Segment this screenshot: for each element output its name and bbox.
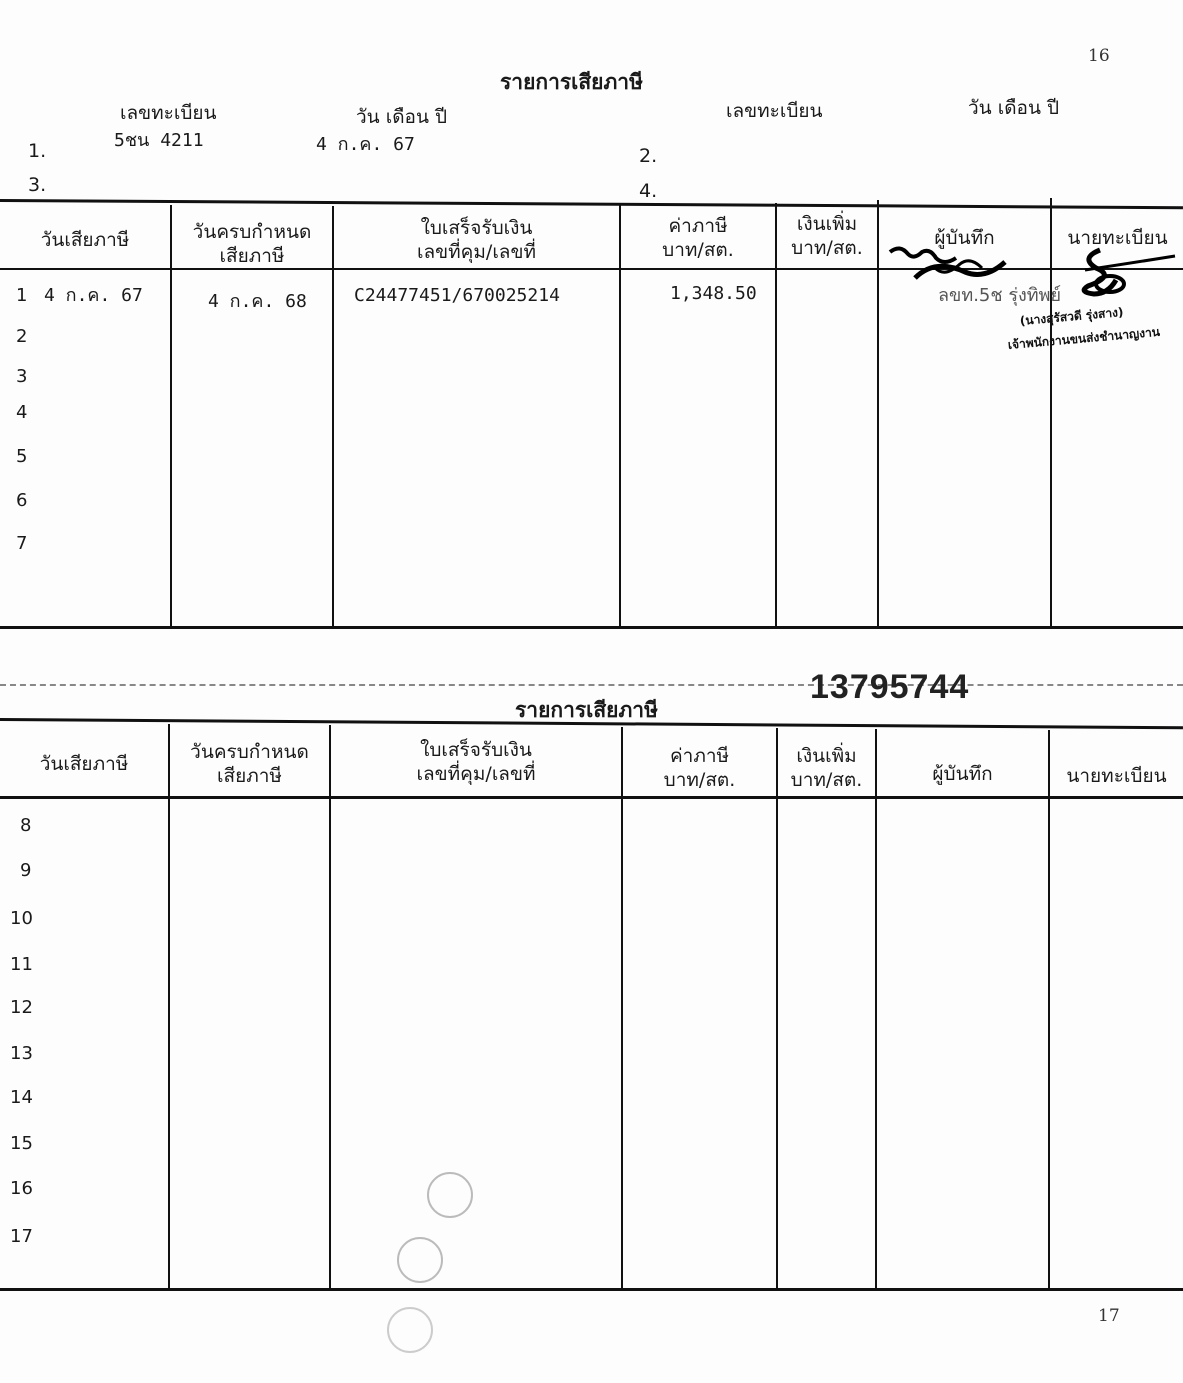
- date-value-1: 4 ก.ค. 67: [316, 129, 415, 158]
- row-number: 1: [16, 285, 27, 306]
- entry-index-3: 3.: [28, 174, 46, 196]
- table1-bottom-border: [0, 626, 1183, 629]
- row-number: 4: [16, 402, 27, 423]
- row-number: 5: [16, 446, 27, 467]
- table1-top-border: [0, 199, 1183, 209]
- page-number-bottom: 17: [1098, 1306, 1120, 1326]
- col-header-receipt: ใบเสร็จรับเงินเลขที่คุม/เลขที่: [331, 738, 621, 786]
- registration-header-left: เลขทะเบียน: [120, 98, 217, 128]
- row-number: 10: [10, 908, 33, 929]
- row-number: 17: [10, 1226, 33, 1247]
- table1-col-divider: [775, 203, 777, 627]
- col-header-pay-date: วันเสียภาษี: [0, 752, 168, 776]
- pay-date-cell: 4 ก.ค. 67: [44, 280, 143, 309]
- entry-index-2: 2.: [639, 145, 657, 167]
- table2-col-divider: [875, 729, 877, 1290]
- table1-col-divider: [877, 200, 879, 627]
- registrar-signature-icon: [1055, 240, 1180, 300]
- row-number: 3: [16, 366, 27, 387]
- serial-number: 13795744: [810, 668, 969, 707]
- date-header-right: วัน เดือน ปี: [968, 93, 1059, 123]
- row-number: 16: [10, 1178, 33, 1199]
- col-header-recorder: ผู้บันทึก: [877, 762, 1048, 786]
- row-number: 7: [16, 533, 27, 554]
- col-header-receipt: ใบเสร็จรับเงินเลขที่คุม/เลขที่: [334, 216, 619, 264]
- row-number: 6: [16, 490, 27, 511]
- row-number: 9: [20, 860, 31, 881]
- col-header-due-date: วันครบกำหนดเสียภาษี: [170, 740, 329, 788]
- entry-index-4: 4.: [639, 180, 657, 202]
- row-number: 11: [10, 954, 33, 975]
- entry-index-1: 1.: [28, 140, 46, 162]
- col-header-due-date: วันครบกำหนดเสียภาษี: [172, 220, 332, 268]
- due-date-cell: 4 ก.ค. 68: [208, 286, 307, 315]
- row-number: 12: [10, 997, 33, 1018]
- table2-bottom-border: [0, 1288, 1183, 1291]
- table2-col-divider: [168, 724, 170, 1290]
- table1-col-divider: [619, 204, 621, 627]
- col-header-tax: ค่าภาษีบาท/สต.: [621, 214, 775, 262]
- col-header-surcharge: เงินเพิ่มบาท/สต.: [777, 212, 877, 260]
- table2-col-divider: [1048, 730, 1050, 1290]
- table2-col-divider: [621, 727, 623, 1290]
- col-header-surcharge: เงินเพิ่มบาท/สต.: [778, 744, 875, 792]
- tax-cell: 1,348.50: [670, 283, 757, 304]
- row-number: 8: [20, 815, 31, 836]
- table1-col-divider: [1050, 198, 1052, 627]
- table2-col-divider: [329, 725, 331, 1290]
- table2-header-divider: [0, 796, 1183, 799]
- registration-header-right: เลขทะเบียน: [726, 96, 823, 126]
- page-seam: [0, 684, 1183, 686]
- row-number: 15: [10, 1133, 33, 1154]
- watermark-emblem-icon: [380, 1170, 500, 1370]
- page-number-top: 16: [1088, 46, 1110, 66]
- table1-col-divider: [170, 205, 172, 627]
- col-header-registrar: นายทะเบียน: [1050, 764, 1183, 788]
- table2-col-divider: [776, 728, 778, 1290]
- date-header-left: วัน เดือน ปี: [356, 102, 447, 132]
- col-header-tax: ค่าภาษีบาท/สต.: [623, 744, 776, 792]
- row-number: 2: [16, 326, 27, 347]
- page-title-top: รายการเสียภาษี: [500, 66, 643, 99]
- row-number: 14: [10, 1087, 33, 1108]
- registration-value-1: 5ชน 4211: [114, 125, 204, 154]
- receipt-cell: C24477451/670025214: [354, 285, 560, 306]
- row-number: 13: [10, 1043, 33, 1064]
- table1-col-divider: [332, 206, 334, 627]
- col-header-pay-date: วันเสียภาษี: [0, 228, 170, 252]
- recorder-signature-icon: [885, 240, 1025, 300]
